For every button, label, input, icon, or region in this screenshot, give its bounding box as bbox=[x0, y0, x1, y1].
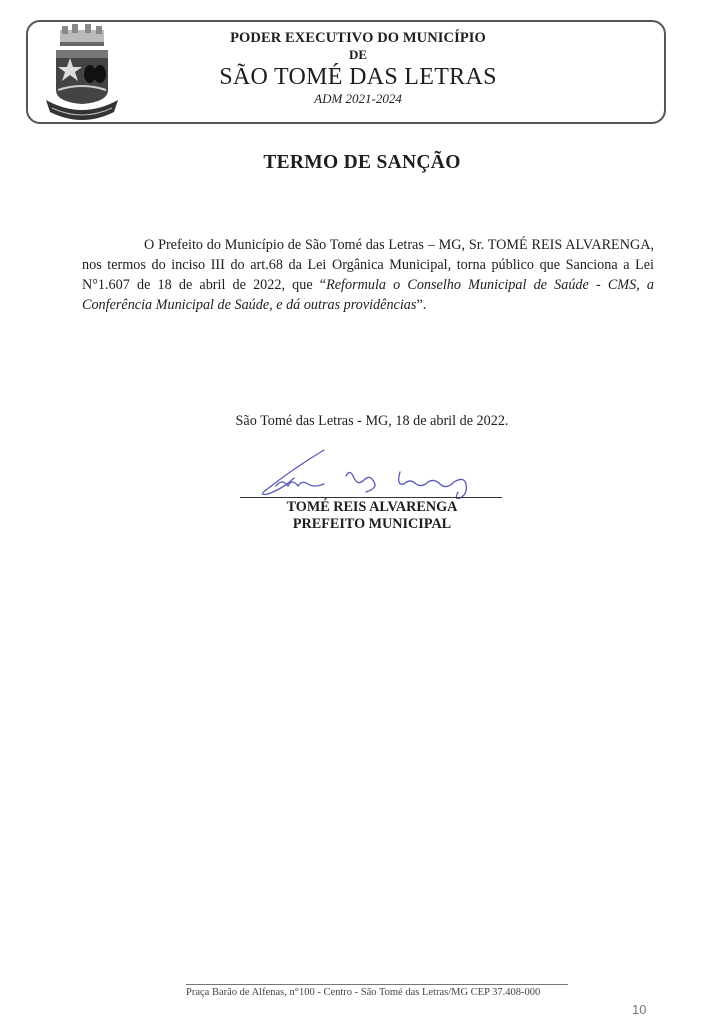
administration-period: ADM 2021-2024 bbox=[208, 91, 508, 106]
handwritten-signature-icon bbox=[254, 448, 474, 503]
paragraph-end: ”. bbox=[416, 297, 426, 313]
page-number: 10 bbox=[632, 1002, 646, 1017]
signature-line bbox=[240, 497, 502, 498]
municipality-name: SÃO TOMÉ DAS LETRAS bbox=[208, 63, 508, 91]
sanction-paragraph: O Prefeito do Município de São Tomé das … bbox=[82, 235, 654, 315]
letterhead-text: PODER EXECUTIVO DO MUNICÍPIO DE SÃO TOMÉ… bbox=[208, 30, 508, 106]
letterhead-line-de: DE bbox=[208, 47, 508, 62]
place-and-date: São Tomé das Letras - MG, 18 de abril de… bbox=[0, 413, 724, 430]
signer-name: TOMÉ REIS ALVARENGA bbox=[0, 499, 724, 516]
municipal-coat-of-arms-icon bbox=[42, 24, 122, 120]
letterhead-line-executive: PODER EXECUTIVO DO MUNICÍPIO bbox=[208, 30, 508, 47]
document-title: TERMO DE SANÇÃO bbox=[0, 152, 724, 174]
footer-divider bbox=[186, 984, 568, 985]
letterhead-box: PODER EXECUTIVO DO MUNICÍPIO DE SÃO TOMÉ… bbox=[26, 20, 666, 124]
footer-address: Praça Barão de Alfenas, n°100 - Centro -… bbox=[186, 987, 540, 998]
signer-role: PREFEITO MUNICIPAL bbox=[0, 516, 724, 533]
